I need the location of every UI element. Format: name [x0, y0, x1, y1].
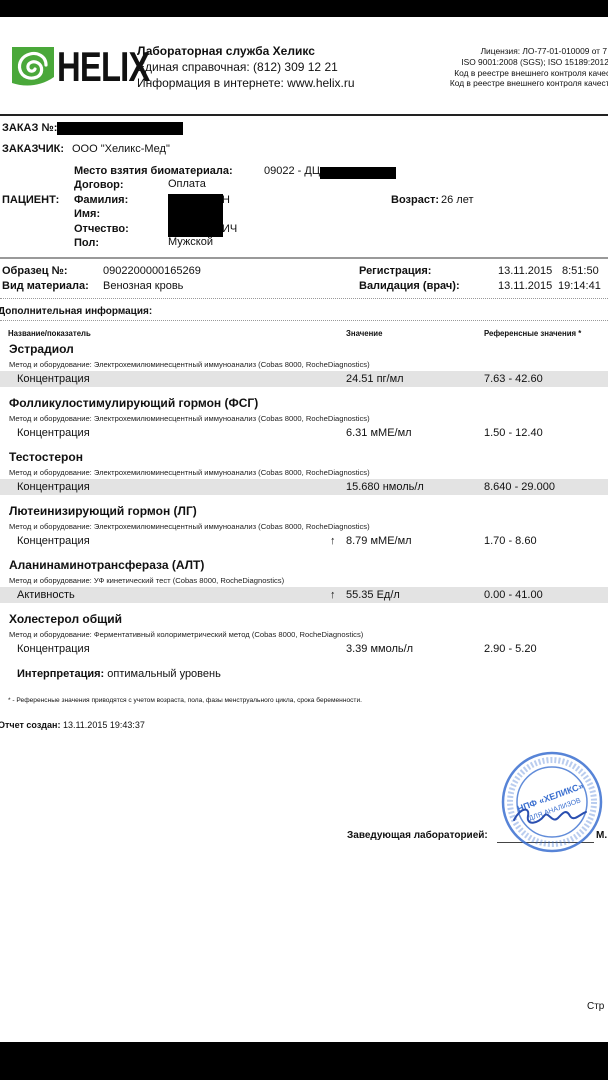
test-name: Холестерол общий	[9, 612, 122, 626]
test-method: Метод и оборудование: УФ кинетический те…	[9, 576, 284, 585]
result-value: 8.79 мМЕ/мл	[346, 535, 412, 547]
result-row: Концентрация6.31 мМЕ/мл1.50 - 12.40	[0, 425, 608, 441]
header-divider	[0, 114, 608, 116]
surname-label: Фамилия:	[74, 194, 128, 206]
result-row: Концентрация24.51 пг/мл7.63 - 42.60	[0, 371, 608, 387]
lab-report-page: HELIX Лабораторная служба Хеликс Единая …	[0, 17, 608, 1042]
registration-date: 13.11.2015	[498, 265, 552, 277]
result-reference: 7.63 - 42.60	[484, 373, 543, 385]
contract-value: Оплата	[168, 178, 206, 190]
result-value: 55.35 Ед/л	[346, 589, 400, 601]
result-value: 24.51 пг/мл	[346, 373, 404, 385]
validation-date: 13.11.2015	[498, 280, 552, 292]
report-created-value: 13.11.2015 19:43:37	[63, 720, 145, 730]
report-created-label: Отчет создан:	[0, 720, 60, 730]
result-value: 3.39 ммоль/л	[346, 643, 413, 655]
patient-label: ПАЦИЕНТ:	[2, 194, 59, 206]
signature-label: Заведующая лабораторией:	[347, 830, 488, 841]
result-value: 15.680 нмоль/л	[346, 481, 424, 493]
redacted-order-number	[57, 122, 183, 135]
customer-label: ЗАКАЗЧИК:	[2, 143, 64, 155]
result-parameter: Концентрация	[17, 535, 90, 547]
test-name: Аланинаминотрансфераза (АЛТ)	[9, 558, 204, 572]
result-reference: 8.640 - 29.000	[484, 481, 555, 493]
license-line-1: Лицензия: ЛО-77-01-010009 от 7 а	[481, 46, 608, 56]
high-flag-arrow-icon: ↑	[330, 535, 336, 547]
sex-value: Мужской	[168, 236, 213, 248]
test-name: Фолликулостимулирующий гормон (ФСГ)	[9, 396, 258, 410]
material-label: Вид материала:	[2, 280, 89, 292]
site-label: Место взятия биоматериала:	[74, 165, 233, 177]
surname-tail: Н	[222, 194, 230, 206]
registration-label: Регистрация:	[359, 265, 431, 277]
result-row: Концентрация3.39 ммоль/л2.90 - 5.20	[0, 641, 608, 657]
result-row: Концентрация15.680 нмоль/л8.640 - 29.000	[0, 479, 608, 495]
patient-divider	[0, 257, 608, 259]
result-reference: 2.90 - 5.20	[484, 643, 537, 655]
column-header-name: Название/показатель	[8, 329, 91, 338]
additional-divider	[0, 320, 608, 321]
result-reference: 0.00 - 41.00	[484, 589, 543, 601]
lab-stamp-icon: НПФ «ХЕЛИКС» ДЛЯ АНАЛИЗОВ	[500, 750, 604, 854]
material-value: Венозная кровь	[103, 280, 183, 292]
patronymic-label: Отчество:	[74, 223, 129, 235]
contract-label: Договор:	[74, 179, 124, 191]
interpretation: Интерпретация: оптимальный уровень	[17, 668, 221, 680]
interpretation-label: Интерпретация:	[17, 668, 104, 680]
result-row: Активность↑55.35 Ед/л0.00 - 41.00	[0, 587, 608, 603]
site-value: 09022 - ДЦ	[264, 165, 320, 177]
result-value: 6.31 мМЕ/мл	[346, 427, 412, 439]
sex-label: Пол:	[74, 237, 99, 249]
lab-name: Лабораторная служба Хеликс	[137, 44, 315, 58]
test-name: Лютеинизирующий гормон (ЛГ)	[9, 504, 197, 518]
result-parameter: Концентрация	[17, 643, 90, 655]
helix-logo-text: HELIX	[57, 42, 150, 92]
high-flag-arrow-icon: ↑	[330, 589, 336, 601]
web-line: Информация в интернете: www.helix.ru	[137, 76, 355, 90]
test-method: Метод и оборудование: Электрохемилюминес…	[9, 522, 370, 531]
license-line-4: Код в реестре внешнего контроля качеств	[450, 78, 608, 88]
license-line-3: Код в реестре внешнего контроля качест	[454, 68, 608, 78]
helix-logo-icon	[12, 47, 54, 87]
customer-value: ООО "Хеликс-Мед"	[72, 143, 170, 155]
license-line-2: ISO 9001:2008 (SGS); ISO 15189:2012 (	[461, 57, 608, 67]
test-name: Эстрадиол	[9, 342, 74, 356]
phone-line: Единая справочная: (812) 309 12 21	[137, 60, 338, 74]
column-header-reference: Референсные значения *	[484, 329, 581, 338]
validation-label: Валидация (врач):	[359, 280, 460, 292]
page-label: Стр	[587, 1001, 604, 1012]
test-method: Метод и оборудование: Электрохемилюминес…	[9, 414, 370, 423]
test-method: Метод и оборудование: Электрохемилюминес…	[9, 360, 370, 369]
test-method: Метод и оборудование: Электрохемилюминес…	[9, 468, 370, 477]
result-reference: 1.50 - 12.40	[484, 427, 543, 439]
age-label: Возраст:	[391, 194, 439, 206]
result-parameter: Концентрация	[17, 427, 90, 439]
sample-value: 0902200000165269	[103, 265, 201, 277]
validation-time: 19:14:41	[558, 280, 601, 292]
report-created: Отчет создан: 13.11.2015 19:43:37	[0, 720, 145, 730]
result-parameter: Активность	[17, 589, 75, 601]
patronymic-tail: ИЧ	[222, 223, 237, 235]
sample-label: Образец №:	[2, 265, 68, 277]
column-header-value: Значение	[346, 329, 382, 338]
redacted-site	[320, 167, 396, 179]
result-reference: 1.70 - 8.60	[484, 535, 537, 547]
result-parameter: Концентрация	[17, 481, 90, 493]
interpretation-value: оптимальный уровень	[107, 668, 221, 680]
test-name: Тестостерон	[9, 450, 83, 464]
registration-time: 8:51:50	[562, 265, 599, 277]
sample-divider	[0, 298, 608, 299]
redacted-patient-name	[168, 194, 223, 237]
test-method: Метод и оборудование: Ферментативный кол…	[9, 630, 363, 639]
name-label: Имя:	[74, 208, 100, 220]
age-value: 26 лет	[441, 194, 474, 206]
reference-footnote: * - Референсные значения приводятся с уч…	[8, 697, 362, 704]
result-row: Концентрация↑8.79 мМЕ/мл1.70 - 8.60	[0, 533, 608, 549]
additional-info-label: Дополнительная информация:	[0, 306, 152, 317]
order-label: ЗАКАЗ №:	[2, 122, 57, 134]
result-parameter: Концентрация	[17, 373, 90, 385]
